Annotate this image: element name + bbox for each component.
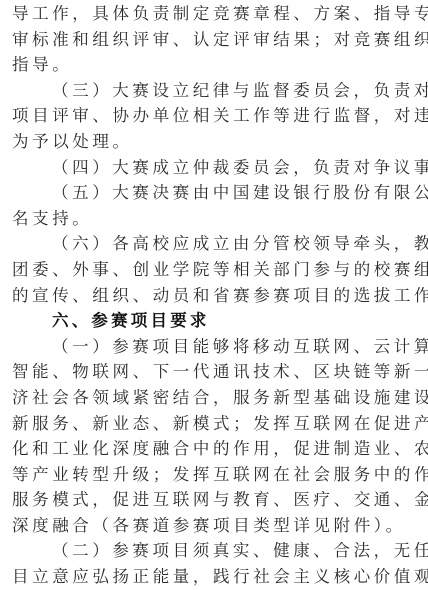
text-line: 化和工业化深度融合中的作用，促进制造业、农业、能源、环保 xyxy=(12,436,422,462)
paragraph-item-3: （三）大赛设立纪律与监督委员会，负责对赛事组织、参赛 项目评审、协办单位相关工作… xyxy=(12,78,422,155)
paragraph-continued: 导工作，具体负责制定竞赛章程、方案、指导专家委员会设计评 审标准和组织评审、认定… xyxy=(12,1,422,78)
text-line: 智能、物联网、下一代通讯技术、区块链等新一代信息技术与经 xyxy=(12,359,422,385)
section-paragraph-1: （一）参赛项目能够将移动互联网、云计算、大数据、人工 智能、物联网、下一代通讯技… xyxy=(12,334,422,539)
document-body: 导工作，具体负责制定竞赛章程、方案、指导专家委员会设计评 审标准和组织评审、认定… xyxy=(12,1,422,590)
paragraph-item-6: （六）各高校应成立由分管校领导牵头，教务、学工、科研、 团委、外事、创业学院等相… xyxy=(12,231,422,308)
text-line: 导工作，具体负责制定竞赛章程、方案、指导专家委员会设计评 xyxy=(12,1,422,27)
text-line: （二）参赛项目须真实、健康、合法，无任何不良信息，项 xyxy=(12,538,422,564)
text-line: （五）大赛决赛由中国建设银行股份有限公司浙江省分行冠 xyxy=(12,180,422,206)
text-line: 深度融合（各赛道参赛项目类型详见附件）。 xyxy=(12,513,422,539)
text-line: 指导。 xyxy=(12,52,422,78)
text-line: （四）大赛成立仲裁委员会，负责对争议事项进行仲裁。 xyxy=(12,155,422,181)
text-line: （六）各高校应成立由分管校领导牵头，教务、学工、科研、 xyxy=(12,231,422,257)
section-paragraph-2: （二）参赛项目须真实、健康、合法，无任何不良信息，项 目立意应弘扬正能量，践行社… xyxy=(12,538,422,589)
text-line: 为予以处理。 xyxy=(12,129,422,155)
paragraph-item-4: （四）大赛成立仲裁委员会，负责对争议事项进行仲裁。 xyxy=(12,155,422,181)
text-line: 济社会各领域紧密结合，服务新型基础设施建设，培育新产品、 xyxy=(12,385,422,411)
text-line: 服务模式，促进互联网与教育、医疗、交通、金融、消费生活等 xyxy=(12,487,422,513)
text-line: 项目评审、协办单位相关工作等进行监督，对违反大赛纪律的行 xyxy=(12,103,422,129)
text-line: 团委、外事、创业学院等相关部门参与的校赛组委会，负责校赛 xyxy=(12,257,422,283)
section-heading: 六、参赛项目要求 xyxy=(12,308,422,334)
text-line: （一）参赛项目能够将移动互联网、云计算、大数据、人工 xyxy=(12,334,422,360)
text-line: 名支持。 xyxy=(12,206,422,232)
text-line: 的宣传、组织、动员和省赛参赛项目的选拔工作。 xyxy=(12,283,422,309)
text-line: 目立意应弘扬正能量，践行社会主义核心价值观。参赛项目不得 xyxy=(12,564,422,590)
text-line: 新服务、新业态、新模式；发挥互联网在促进产业升级以及信息 xyxy=(12,411,422,437)
text-line: 审标准和组织评审、认定评审结果；对竞赛组织工作进行监督和 xyxy=(12,27,422,53)
text-line: （三）大赛设立纪律与监督委员会，负责对赛事组织、参赛 xyxy=(12,78,422,104)
paragraph-item-5: （五）大赛决赛由中国建设银行股份有限公司浙江省分行冠 名支持。 xyxy=(12,180,422,231)
text-line: 等产业转型升级；发挥互联网在社会服务中的作用，创新网络化 xyxy=(12,462,422,488)
